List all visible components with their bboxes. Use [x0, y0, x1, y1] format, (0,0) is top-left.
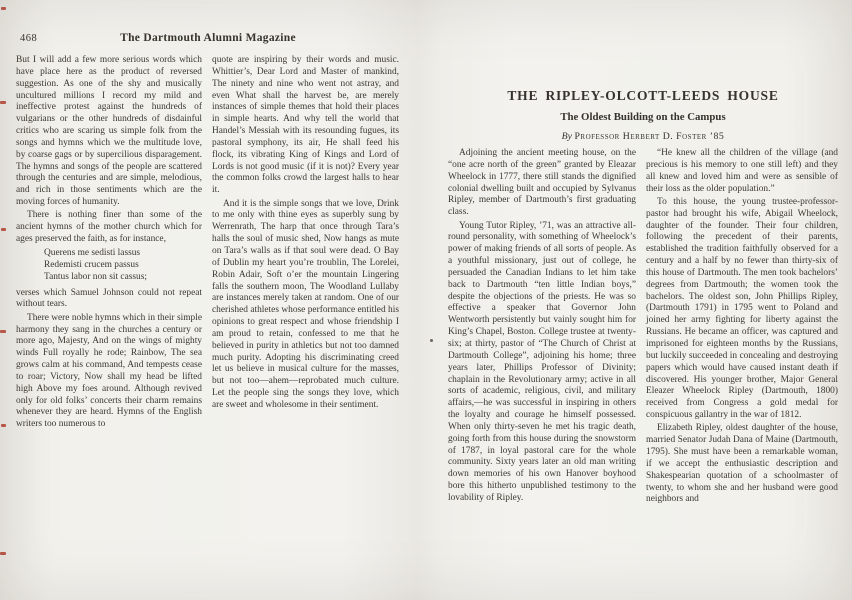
gutter-mark	[430, 339, 433, 342]
left-page-column-2: quote are inspiring by their words and m…	[212, 55, 399, 413]
paragraph: verses which Samuel Johnson could not re…	[16, 288, 202, 312]
right-page-column-2: “He knew all the children of the village…	[646, 148, 838, 508]
verse-line: Tantus labor non sit cassus;	[44, 272, 202, 284]
article-header: THE RIPLEY-OLCOTT-LEEDS HOUSE The Oldest…	[448, 88, 838, 142]
paragraph: quote are inspiring by their words and m…	[212, 55, 399, 197]
edge-mark	[0, 552, 6, 555]
edge-mark	[1, 228, 6, 231]
verse-line: Redemisti crucem passus	[44, 260, 202, 272]
paragraph: “He knew all the children of the village…	[646, 148, 838, 195]
paragraph: There is nothing finer than some of the …	[16, 210, 202, 246]
byline-author: Professor Herbert D. Foster ’85	[574, 131, 724, 142]
paragraph: But I will add a few more serious words …	[16, 55, 202, 209]
magazine-title: The Dartmouth Alumni Magazine	[30, 32, 386, 44]
article-subtitle: The Oldest Building on the Campus	[448, 111, 838, 123]
paragraph: And it is the simple songs that we love,…	[212, 199, 399, 412]
magazine-spread: 468 The Dartmouth Alumni Magazine But I …	[0, 0, 852, 600]
right-page-column-1: Adjoining the ancient meeting house, on …	[448, 148, 636, 506]
verse-line: Querens me sedisti lassus	[44, 248, 202, 260]
byline: By Professor Herbert D. Foster ’85	[448, 131, 838, 142]
edge-mark	[1, 424, 6, 427]
latin-verse: Querens me sedisti lassus Redemisti cruc…	[44, 248, 202, 284]
paragraph: Young Tutor Ripley, ’71, was an attracti…	[448, 221, 636, 505]
byline-prefix: By	[562, 131, 572, 142]
paragraph: To this house, the young trustee-profess…	[646, 197, 838, 422]
edge-mark	[1, 7, 6, 10]
article-title: THE RIPLEY-OLCOTT-LEEDS HOUSE	[448, 88, 838, 104]
edge-mark	[0, 330, 6, 333]
edge-mark	[0, 101, 6, 104]
paragraph: There were noble hymns which in their si…	[16, 313, 202, 431]
left-page-column-1: But I will add a few more serious words …	[16, 55, 202, 433]
paragraph: Elizabeth Ripley, oldest daughter of the…	[646, 423, 838, 506]
paragraph: Adjoining the ancient meeting house, on …	[448, 148, 636, 219]
